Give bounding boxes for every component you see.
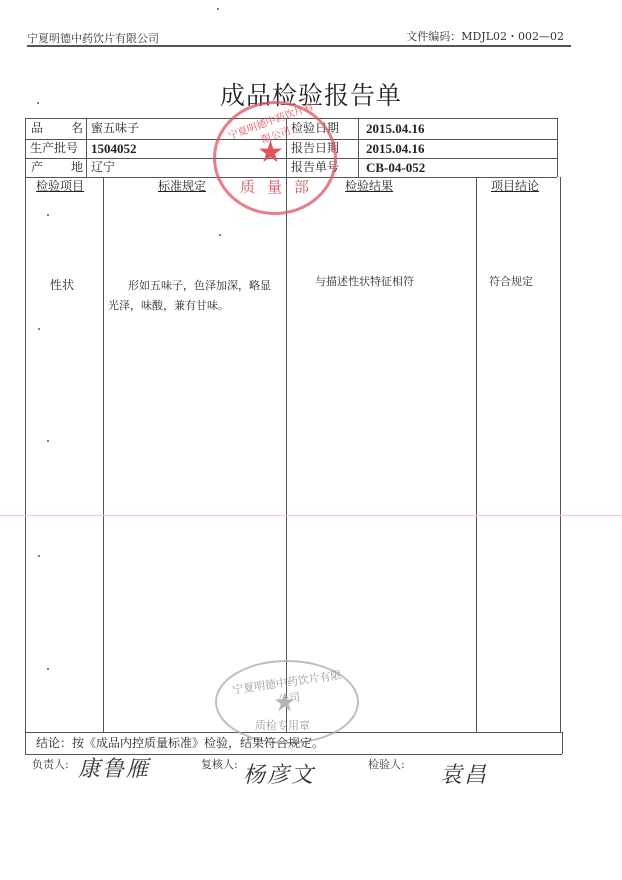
column-header-result: 检验结果 [345,177,393,196]
label-char: 产 [31,158,43,177]
stamp-bottom-text: 质检专用章 [255,717,310,733]
scan-speck [47,440,49,442]
reviewer-signature: 杨彦文 [243,758,315,789]
table-col-line [358,118,359,177]
table-col-line [476,177,477,732]
document-code: 文件编码：MDJL02・002—02 [406,28,564,44]
label-char: 名 [71,119,83,138]
row-standard-line1: 形如五味子，色泽加深，略显 [128,276,271,296]
star-icon: ★ [257,138,284,168]
scan-artifact-line [0,515,622,516]
inspect-date-value: 2015.04.16 [366,119,425,138]
inspector-label: 检验人: [368,756,405,772]
batch-label: 生产批号 [30,139,78,158]
table-border-right-bottom [562,732,563,754]
conclusion-text: 结论：按《成品内控质量标准》检验，结果符合规定。 [36,734,324,753]
stamp-bottom-text: 质量部 [240,176,321,197]
table-border-right-top [557,118,558,177]
document-code-value: MDJL02・002—02 [461,30,564,43]
scan-speck [38,328,40,330]
label-char: 品 [31,119,43,138]
column-header-standard: 标准规定 [158,177,206,196]
origin-label: 产地 [31,158,83,177]
reviewer-label: 复核人: [201,756,238,772]
report-no-value: CB-04-052 [366,158,425,177]
inspector-signature: 袁昌 [440,758,488,789]
star-icon: ★ [273,690,296,716]
row-conclusion: 符合规定 [489,272,533,292]
responsible-signature: 康鲁雁 [78,752,150,783]
scan-speck [219,234,221,236]
row-item: 性状 [50,276,74,295]
product-name-label: 品名 [31,119,83,138]
row-standard-line2: 光泽，味酸，兼有甘味。 [108,296,229,316]
document-code-label: 文件编码： [406,30,461,43]
label-char: 地 [71,158,83,177]
column-header-item: 检验项目 [36,177,84,196]
column-header-conclusion: 项目结论 [491,177,539,196]
report-date-value: 2015.04.16 [366,139,425,158]
header-divider [27,45,571,47]
company-name: 宁夏明德中药饮片有限公司 [27,30,159,46]
scan-speck [217,8,219,10]
scan-speck [47,214,49,216]
table-border-right [560,177,561,732]
product-name-value: 蜜五味子 [91,119,139,138]
scan-speck [47,668,49,670]
scan-speck [38,555,40,557]
row-result: 与描述性状特征相符 [315,272,414,292]
origin-value: 辽宁 [91,158,115,177]
table-col-line [86,118,87,177]
responsible-label: 负责人: [32,756,69,772]
table-border-left [25,118,26,754]
table-col-line [103,177,104,732]
batch-value: 1504052 [91,139,137,158]
